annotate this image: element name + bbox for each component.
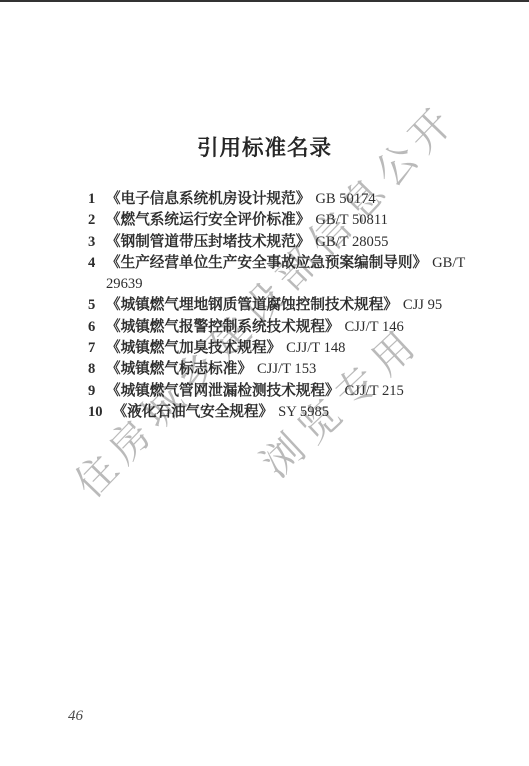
page-top-scan-edge [0, 0, 529, 2]
item-code: GB/T 28055 [315, 234, 388, 250]
item-code: CJJ/T 215 [345, 383, 404, 399]
item-code: CJJ/T 148 [286, 340, 345, 356]
item-text: 《液化石油气安全规程》SY 5985 [113, 402, 466, 423]
item-title: 《城镇燃气埋地钢质管道腐蚀控制技术规程》 [106, 297, 398, 313]
item-title: 《钢制管道带压封堵技术规范》 [106, 234, 310, 250]
item-text: 《生产经营单位生产安全事故应急预案编制导则》GB/T 29639 [106, 253, 466, 296]
item-title: 《城镇燃气标志标准》 [106, 361, 252, 377]
item-title: 《燃气系统运行安全评价标准》 [106, 212, 310, 228]
list-item: 10 《液化石油气安全规程》SY 5985 [88, 402, 466, 423]
item-number: 5 [88, 295, 96, 316]
item-number: 10 [88, 402, 103, 423]
item-number: 9 [88, 381, 96, 402]
list-item: 4 《生产经营单位生产安全事故应急预案编制导则》GB/T 29639 [88, 253, 466, 296]
page-title: 引用标准名录 [0, 131, 529, 162]
item-code: CJJ/T 146 [345, 319, 404, 335]
list-item: 8 《城镇燃气标志标准》CJJ/T 153 [88, 359, 466, 380]
item-number: 6 [88, 317, 96, 338]
item-number: 3 [88, 232, 96, 253]
item-number: 4 [88, 253, 96, 274]
item-title: 《城镇燃气报警控制系统技术规程》 [106, 319, 340, 335]
item-title: 《电子信息系统机房设计规范》 [106, 191, 310, 207]
item-text: 《城镇燃气报警控制系统技术规程》CJJ/T 146 [106, 317, 466, 338]
item-text: 《城镇燃气标志标准》CJJ/T 153 [106, 359, 466, 380]
list-item: 7 《城镇燃气加臭技术规程》CJJ/T 148 [88, 338, 466, 359]
item-number: 7 [88, 338, 96, 359]
list-item: 5 《城镇燃气埋地钢质管道腐蚀控制技术规程》CJJ 95 [88, 295, 466, 316]
item-text: 《城镇燃气加臭技术规程》CJJ/T 148 [106, 338, 466, 359]
item-code: SY 5985 [278, 404, 329, 420]
list-item: 2 《燃气系统运行安全评价标准》GB/T 50811 [88, 210, 466, 231]
item-number: 8 [88, 359, 96, 380]
item-title: 《城镇燃气管网泄漏检测技术规程》 [106, 383, 340, 399]
item-code: GB/T 50811 [315, 212, 388, 228]
item-text: 《电子信息系统机房设计规范》GB 50174 [106, 189, 466, 210]
item-text: 《城镇燃气埋地钢质管道腐蚀控制技术规程》CJJ 95 [106, 295, 466, 316]
item-text: 《钢制管道带压封堵技术规范》GB/T 28055 [106, 232, 466, 253]
item-title: 《液化石油气安全规程》 [113, 404, 274, 420]
item-text: 《城镇燃气管网泄漏检测技术规程》CJJ/T 215 [106, 381, 466, 402]
item-number: 1 [88, 189, 96, 210]
item-code: CJJ 95 [403, 297, 442, 313]
item-number: 2 [88, 210, 96, 231]
standards-list: 1 《电子信息系统机房设计规范》GB 50174 2 《燃气系统运行安全评价标准… [88, 189, 466, 423]
list-item: 9 《城镇燃气管网泄漏检测技术规程》CJJ/T 215 [88, 381, 466, 402]
item-code: CJJ/T 153 [257, 361, 316, 377]
item-title: 《城镇燃气加臭技术规程》 [106, 340, 281, 356]
page-number: 46 [68, 708, 83, 725]
list-item: 3 《钢制管道带压封堵技术规范》GB/T 28055 [88, 232, 466, 253]
item-code: GB 50174 [315, 191, 375, 207]
item-text: 《燃气系统运行安全评价标准》GB/T 50811 [106, 210, 466, 231]
list-item: 1 《电子信息系统机房设计规范》GB 50174 [88, 189, 466, 210]
list-item: 6 《城镇燃气报警控制系统技术规程》CJJ/T 146 [88, 317, 466, 338]
item-title: 《生产经营单位生产安全事故应急预案编制导则》 [106, 255, 427, 271]
